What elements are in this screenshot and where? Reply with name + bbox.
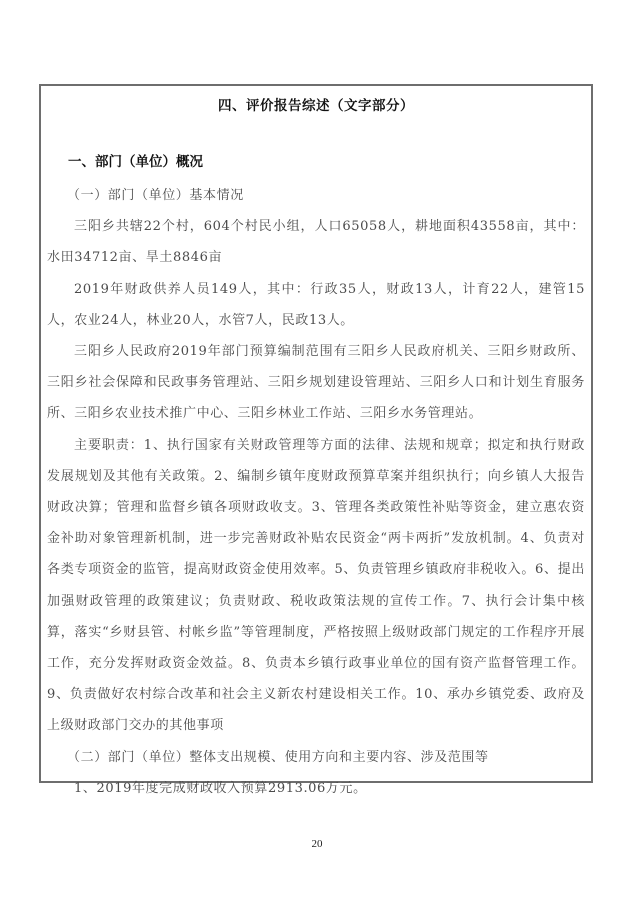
- paragraph-overview: 三阳乡共辖22个村，604个村民小组，人口65058人，耕地面积43558亩，其…: [47, 211, 585, 273]
- subsection-heading-expenditure: （二）部门（单位）整体支出规模、使用方向和主要内容、涉及范围等: [47, 742, 585, 773]
- report-body: （一）部门（单位）基本情况 三阳乡共辖22个村，604个村民小组，人口65058…: [47, 180, 585, 804]
- item-revenue: 1、2019年度完成财政收入预算2913.06万元。: [47, 773, 585, 804]
- paragraph-budget-scope: 三阳乡人民政府2019年部门预算编制范围有三阳乡人民政府机关、三阳乡财政所、三阳…: [47, 336, 585, 430]
- subsection-heading-basic-info: （一）部门（单位）基本情况: [47, 180, 585, 211]
- paragraph-main-duties: 主要职责：1、执行国家有关财政管理等方面的法律、法规和规章；拟定和执行财政发展规…: [47, 430, 585, 742]
- page-number: 20: [0, 838, 634, 850]
- report-title: 四、评价报告综述（文字部分）: [41, 94, 591, 114]
- paragraph-staff: 2019年财政供养人员149人，其中：行政35人，财政13人，计育22人，建管1…: [47, 274, 585, 336]
- report-frame: 四、评价报告综述（文字部分） 一、部门（单位）概况 （一）部门（单位）基本情况 …: [39, 84, 593, 783]
- section-heading: 一、部门（单位）概况: [68, 150, 203, 170]
